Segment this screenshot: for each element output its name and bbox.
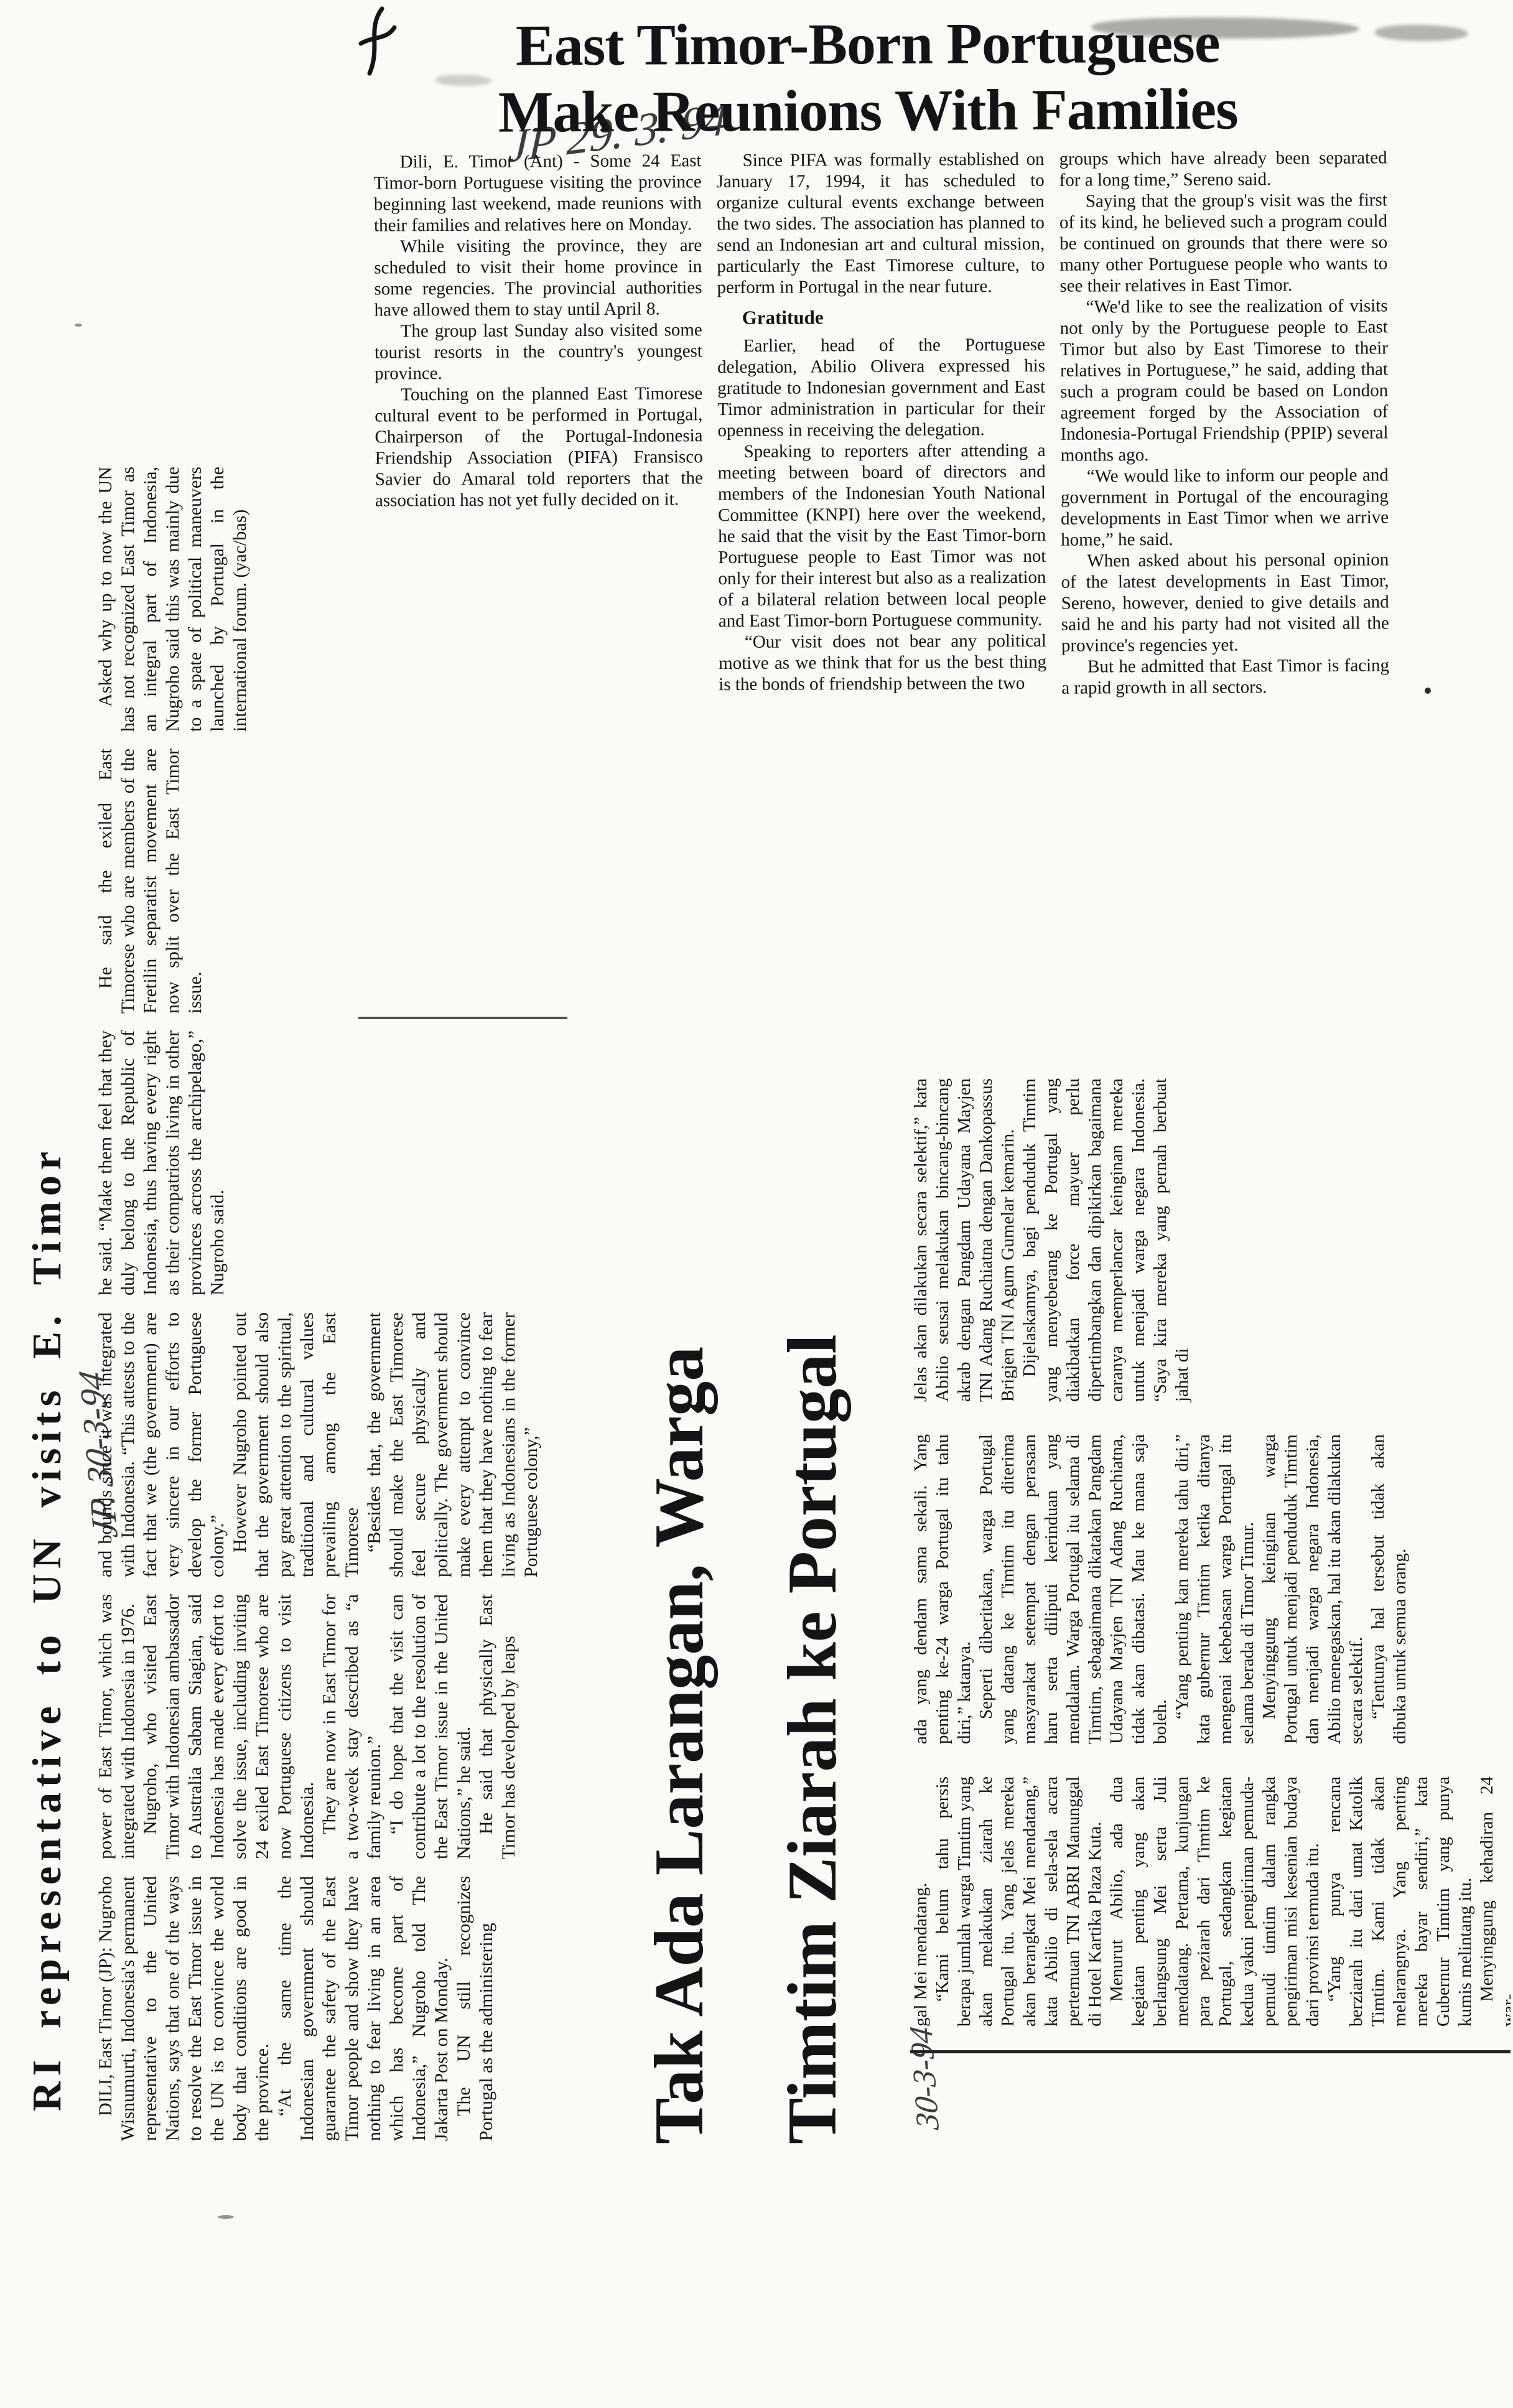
paragraph: “We would like to inform our people and … xyxy=(1061,464,1389,550)
paragraph: groups which have already been separated… xyxy=(1059,147,1387,190)
paragraph: and bounds since it was integrated with … xyxy=(95,1312,229,1577)
paragraph: power of East Timor, which was integrate… xyxy=(95,1594,139,1859)
paragraph: “I do hope that the visit can contribute… xyxy=(386,1594,475,1859)
paragraph: “Besides that, the government should mak… xyxy=(363,1312,542,1577)
scan-speckle xyxy=(75,324,82,327)
en-column-3: and bounds since it was integrated with … xyxy=(95,1312,542,1577)
paragraph: They are now in East Timor for a two-wee… xyxy=(319,1594,386,1859)
paragraph: Speaking to reporters after attending a … xyxy=(718,440,1046,632)
paragraph: he said. “Make them feel that they duly … xyxy=(95,1030,229,1295)
paragraph: Nugroho, who visited East Timor with Ind… xyxy=(139,1594,319,1859)
paragraph: However Nugroho pointed out that the gov… xyxy=(229,1312,363,1577)
id-column-2: ada yang dendam sama sekali. Yang pentin… xyxy=(910,1434,1511,1744)
paragraph: Saying that the group's visit was the fi… xyxy=(1059,189,1388,296)
paragraph: Seperti diberitakan, warga Portugal yang… xyxy=(975,1434,1171,1744)
paragraph: “We'd like to see the realization of vis… xyxy=(1060,295,1389,465)
en-column-4: he said. “Make them feel that they duly … xyxy=(95,1030,542,1295)
headline-line-1: East Timor-Born Portuguese xyxy=(358,9,1378,80)
paragraph: He said the exiled East Timorese who are… xyxy=(95,749,207,1014)
section-subhead: Gratitude xyxy=(742,306,1045,329)
en-column-2: power of East Timor, which was integrate… xyxy=(95,1594,542,1859)
paragraph: Earlier, head of the Portuguese delegati… xyxy=(717,334,1046,441)
rotated-id-columns: gal Mei mendatang. “Kami belum tahu pers… xyxy=(910,1025,1511,2053)
paragraph: Since PIFA was formally established on J… xyxy=(717,149,1045,298)
paragraph: “Tentunya hal tersebut tidak akan dibuka… xyxy=(1367,1434,1411,1744)
paragraph: Menyinggung keinginan warga Portugal unt… xyxy=(1259,1434,1367,1744)
rotated-article-en: RI representative to UN visits E. Timor … xyxy=(25,345,603,2150)
paragraph: “At the same time the Indonesian governm… xyxy=(274,1876,453,2141)
paragraph: The UN still recognizes Portugal as the … xyxy=(453,1876,498,2141)
paragraph: Jelas akan dilakukan secara selektif,” k… xyxy=(910,1078,1019,1402)
paragraph: When asked about his personal opinion of… xyxy=(1061,549,1389,656)
main-column-3: groups which have already been separated… xyxy=(1059,147,1389,698)
paragraph: Asked why up to now the UN has not recog… xyxy=(95,467,251,732)
paragraph: “Kami belum tahu persis berapa jumlah wa… xyxy=(932,1776,1106,2027)
headline-line-1: Tak Ada Larangan, Warga xyxy=(613,1037,746,2144)
paragraph: “Yang penting kan mereka tahu diri,” kat… xyxy=(1171,1434,1259,1744)
scan-speckle xyxy=(1425,688,1431,694)
rotated-en-columns: DILI, East Timor (JP): Nugroho Wisnumurt… xyxy=(95,362,542,2141)
rotated-article-id: Tak Ada Larangan, Warga Timtim Ziarah ke… xyxy=(613,1030,1513,2147)
scan-speckle xyxy=(218,2215,234,2219)
paragraph: DILI, East Timor (JP): Nugroho Wisnumurt… xyxy=(95,1876,274,2141)
paragraph: He said that physically East Timor has d… xyxy=(475,1594,520,1859)
paragraph: “Yang punya rencana berziarah itu dari u… xyxy=(1324,1776,1476,2027)
paragraph: But he admitted that East Timor is facin… xyxy=(1061,655,1389,698)
rotated-en-headline: RI representative to UN visits E. Timor xyxy=(24,861,71,2111)
id-column-1: gal Mei mendatang. “Kami belum tahu pers… xyxy=(910,1776,1511,2027)
paragraph: Menurut Abilio, ada dua kegiatan penting… xyxy=(1106,1776,1324,2027)
paragraph: gal Mei mendatang. xyxy=(910,1776,932,2027)
en-column-6: Asked why up to now the UN has not recog… xyxy=(95,467,542,732)
headline-line-2: Timtim Ziarah ke Portugal xyxy=(746,1037,879,2144)
paragraph: “Our visit does not bear any political m… xyxy=(719,630,1046,695)
en-column-1: DILI, East Timor (JP): Nugroho Wisnumurt… xyxy=(95,1876,542,2141)
paragraph: Menyinggung kehadiran 24 war- xyxy=(1476,1776,1511,2027)
paragraph: ada yang dendam sama sekali. Yang pentin… xyxy=(910,1434,975,1744)
main-column-2: Since PIFA was formally established on J… xyxy=(717,149,1047,700)
main-article: East Timor-Born Portuguese Make Reunions… xyxy=(358,9,1391,146)
id-column-3: Jelas akan dilakukan secara selektif,” k… xyxy=(910,1078,1511,1402)
newspaper-scan-page: East Timor-Born Portuguese Make Reunions… xyxy=(0,0,1513,2408)
rotated-id-headline: Tak Ada Larangan, Warga Timtim Ziarah ke… xyxy=(613,1037,879,2144)
en-column-5: He said the exiled East Timorese who are… xyxy=(95,749,542,1014)
handwritten-mark-icon xyxy=(356,4,399,78)
paragraph: While visiting the province, they are sc… xyxy=(374,235,702,320)
paragraph: Dijelaskannya, bagi penduduk Timtim yang… xyxy=(1019,1078,1193,1402)
